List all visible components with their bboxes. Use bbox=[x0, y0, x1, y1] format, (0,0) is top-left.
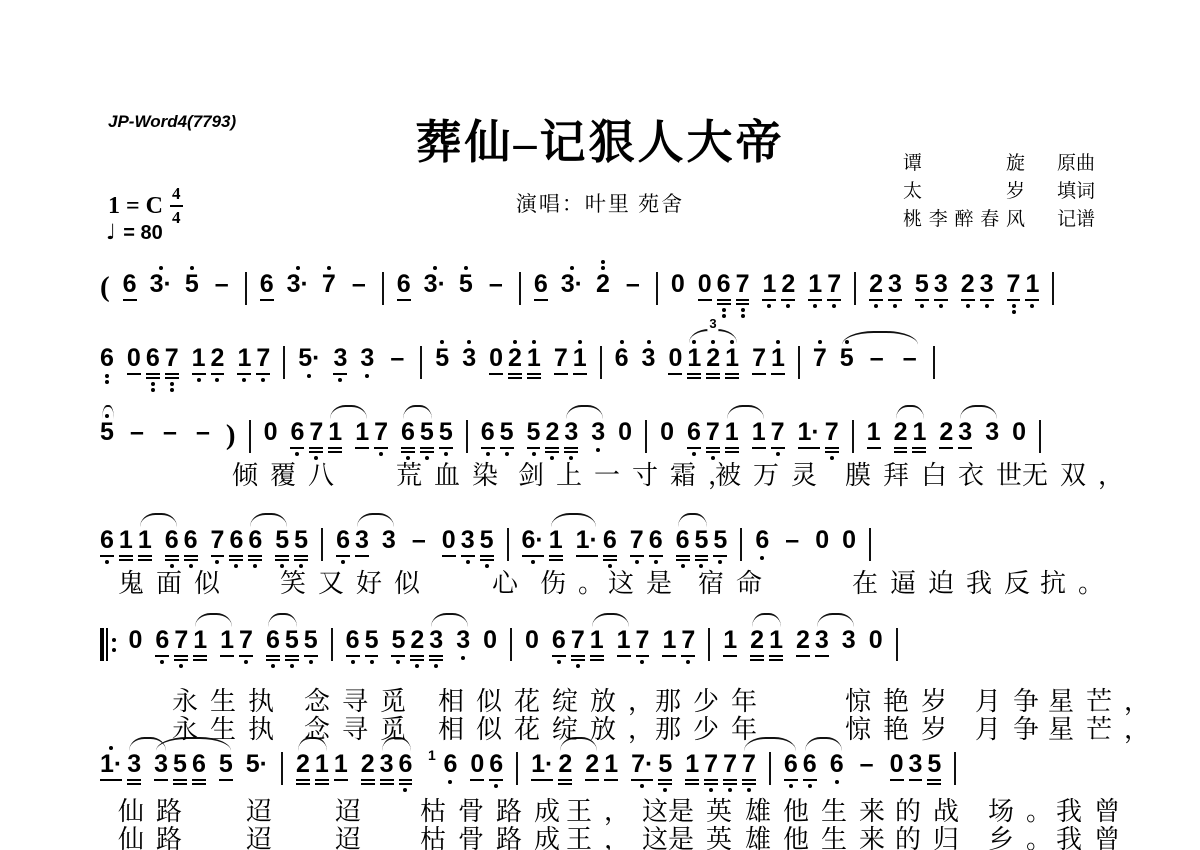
note-token: 6 bbox=[803, 752, 817, 788]
note-token: 1· bbox=[798, 420, 820, 449]
note-token: 1 bbox=[573, 346, 587, 375]
lyric-segment: 惊艳岁 bbox=[845, 716, 959, 745]
duration-dash: – bbox=[160, 420, 180, 445]
note-token: 5 bbox=[173, 752, 187, 785]
note-token: 0 bbox=[483, 628, 497, 653]
note-token: 3· bbox=[561, 272, 583, 297]
note-token: 7 bbox=[554, 346, 568, 375]
barline bbox=[656, 272, 658, 305]
note-token: 7 bbox=[256, 346, 270, 382]
barline bbox=[516, 752, 518, 785]
note-token: 0 bbox=[525, 628, 539, 653]
note-token: 6 bbox=[784, 752, 798, 788]
credit-name: 桃李醉春风 bbox=[903, 204, 1025, 231]
duration-dash: – bbox=[782, 528, 802, 553]
note-token: 7 bbox=[636, 628, 650, 664]
barline bbox=[510, 628, 512, 661]
credit-role: 填词 bbox=[1057, 176, 1095, 203]
barline bbox=[1039, 420, 1041, 453]
note-token: 6 bbox=[123, 272, 137, 301]
duration-dash: – bbox=[623, 272, 643, 297]
lyric-segment: 倾覆八 bbox=[232, 462, 346, 491]
note-token: 5 bbox=[219, 752, 233, 781]
duration-dash: – bbox=[409, 528, 429, 553]
note-token: 2 bbox=[781, 272, 795, 308]
note-token: 6 bbox=[603, 528, 617, 568]
barline bbox=[321, 528, 323, 561]
note-token: 2 bbox=[796, 628, 810, 657]
note-token: 0 bbox=[842, 528, 856, 553]
note-token: 2 bbox=[596, 272, 610, 297]
note-token: 6 bbox=[717, 272, 731, 318]
note-token: 6 bbox=[266, 628, 280, 668]
note-token: 7 bbox=[704, 752, 718, 792]
lyric-segment: 心 bbox=[492, 570, 530, 599]
note-token: 6 bbox=[615, 346, 629, 371]
duration-dash: – bbox=[212, 272, 232, 297]
note-token: 1 bbox=[549, 528, 563, 561]
note-token: 3 bbox=[564, 420, 578, 460]
lyric-segment: 在逼迫我反 bbox=[852, 570, 1042, 599]
note-token: 2 bbox=[869, 272, 883, 308]
score-line-4: 6116676655633–0356·11·6766556–00 bbox=[100, 528, 884, 568]
note-token: 3 bbox=[360, 346, 374, 378]
note-token: 7 bbox=[1007, 272, 1021, 314]
lyric-segment: 那少年 bbox=[655, 688, 769, 717]
meter-numerator: 4 bbox=[170, 184, 183, 207]
note-token: 1· bbox=[576, 528, 598, 557]
note-token: 1 bbox=[752, 420, 766, 449]
note-token: 5 bbox=[527, 420, 541, 456]
note-token: 7 bbox=[165, 346, 179, 392]
note-token: 1 bbox=[687, 346, 701, 379]
note-token: 1 bbox=[771, 346, 785, 375]
duration-dash: – bbox=[193, 420, 213, 445]
meter-denominator: 4 bbox=[172, 207, 181, 228]
credit-row: 桃李醉春风记谱 bbox=[903, 204, 1095, 231]
note-token: 1 bbox=[725, 420, 739, 453]
note-token: 2 bbox=[296, 752, 310, 785]
lyric-segment: 星芒， bbox=[1048, 688, 1162, 717]
barline bbox=[281, 752, 283, 785]
note-token: 3· bbox=[424, 272, 446, 297]
lyric-segment: 抗。 bbox=[1040, 570, 1116, 599]
note-token: 7 bbox=[174, 628, 188, 668]
tempo-marking: ♩ = 80 bbox=[106, 220, 163, 245]
lyric-segment: 永生执 bbox=[172, 716, 286, 745]
note-token: 1 bbox=[685, 752, 699, 785]
barline bbox=[708, 628, 710, 661]
note-token: 1 bbox=[193, 628, 207, 661]
note-token: 6 bbox=[481, 420, 495, 456]
note-token: 2 bbox=[508, 346, 522, 379]
lyric-segment: 笑又好似 bbox=[280, 570, 432, 599]
note-token: 0 bbox=[671, 272, 685, 297]
credit-role: 记谱 bbox=[1057, 204, 1095, 231]
note-token: 7 bbox=[571, 628, 585, 668]
note-token: 6 bbox=[100, 528, 114, 564]
note-token: 2 bbox=[410, 628, 424, 668]
quarter-note-icon: ♩ bbox=[106, 220, 116, 244]
note-token: 5 bbox=[915, 272, 929, 308]
slur-arc bbox=[805, 737, 842, 751]
time-signature: 4 4 bbox=[170, 184, 183, 228]
barline bbox=[283, 346, 285, 379]
barline bbox=[519, 272, 521, 305]
note-token: 1· bbox=[531, 752, 553, 781]
note-token: 3 bbox=[429, 628, 443, 668]
lyric-segment: 剑上一寸霜， bbox=[518, 462, 746, 491]
lyric-segment: 念寻觅 bbox=[304, 688, 418, 717]
note-token: 3 bbox=[958, 420, 972, 449]
slur-arc bbox=[960, 405, 997, 419]
note-token: 7 bbox=[752, 346, 766, 375]
note-token: 6 bbox=[165, 528, 179, 568]
note-token: 3· bbox=[287, 272, 309, 297]
note-token: 0 bbox=[470, 752, 484, 781]
note-token: 2 bbox=[894, 420, 908, 453]
slur-arc bbox=[357, 513, 394, 527]
credit-role: 原曲 bbox=[1057, 148, 1095, 175]
slur-arc bbox=[727, 405, 764, 419]
score-line-1: (63·5–63·7–63·5–63·2–0067121723532371 bbox=[100, 272, 1067, 318]
triplet-bracket: 3 bbox=[689, 329, 737, 343]
note-token: 7 bbox=[681, 628, 695, 664]
slur-arc bbox=[403, 405, 432, 419]
note-token: 1 bbox=[723, 628, 737, 657]
key-label: 1 = C bbox=[108, 193, 163, 220]
note-token: 7 bbox=[211, 528, 225, 564]
lyric-segment: 王，这 bbox=[566, 826, 680, 850]
note-token: 5 bbox=[185, 272, 199, 297]
note-token: 1 bbox=[1025, 272, 1039, 308]
lyric-segment: 荒血染 bbox=[396, 462, 510, 491]
note-token: 5 bbox=[927, 752, 941, 785]
lyric-segment: 这是 bbox=[608, 570, 684, 599]
note-token: 3 bbox=[888, 272, 902, 308]
note-token: 5· bbox=[298, 346, 320, 378]
note-token: 6 bbox=[755, 528, 769, 560]
lyric-segment: 月争 bbox=[975, 716, 1051, 745]
note-token: 5 bbox=[294, 528, 308, 568]
slur-arc bbox=[330, 405, 367, 419]
note-token: 1 bbox=[119, 528, 133, 561]
lyric-segment: 相似花绽放， bbox=[438, 716, 666, 745]
sheet-music-page: JP-Word4(7793) 葬仙–记狠人大帝 演唱：叶里 苑舍 1 = C 4… bbox=[0, 0, 1200, 850]
note-token: 1 bbox=[237, 346, 251, 382]
note-token: 5 bbox=[391, 628, 405, 664]
barline bbox=[933, 346, 935, 379]
note-token: 6 bbox=[184, 528, 198, 568]
lyric-segment: 迢 bbox=[246, 826, 284, 850]
note-token: 5 bbox=[480, 528, 494, 568]
note-token: 2 bbox=[585, 752, 599, 781]
note-token: 1 bbox=[769, 628, 783, 661]
note-token: 5 bbox=[285, 628, 299, 668]
lyric-segment: 膜拜白 bbox=[845, 462, 959, 491]
lyric-segment: 的战 bbox=[895, 798, 971, 827]
note-token: 0 bbox=[442, 528, 456, 557]
note-token: 5 bbox=[304, 628, 318, 664]
lyric-segment: 星芒， bbox=[1048, 716, 1162, 745]
note-token: 0 bbox=[660, 420, 674, 445]
note-token: 2 bbox=[706, 346, 720, 379]
note-token: 7 bbox=[309, 420, 323, 460]
lyric-segment: 是英 bbox=[668, 798, 744, 827]
note-token: 6 bbox=[687, 420, 701, 456]
lyric-segment: 相似花绽放， bbox=[438, 688, 666, 717]
note-token: 3 bbox=[909, 752, 923, 781]
note-token: 0 bbox=[815, 528, 829, 553]
duration-dash: – bbox=[387, 346, 407, 371]
note-token: 0 bbox=[698, 272, 712, 301]
note-token: 0 bbox=[618, 420, 632, 445]
note-token: 7 bbox=[322, 272, 336, 297]
slur-arc bbox=[431, 613, 468, 627]
note-token: 5 bbox=[713, 528, 727, 564]
note-token: 6 bbox=[552, 628, 566, 664]
note-token: 5 bbox=[840, 346, 854, 371]
note-token: 1 bbox=[425, 748, 438, 762]
note-token: 6 bbox=[260, 272, 274, 301]
note-token: 1 bbox=[617, 628, 631, 657]
slur-arc bbox=[268, 613, 297, 627]
lyric-segment: 永生执 bbox=[172, 688, 286, 717]
note-token: 2 bbox=[361, 752, 375, 785]
score-line-5: 0671176556552330067117171212330 bbox=[100, 628, 911, 668]
barline bbox=[740, 528, 742, 561]
note-token: 5 bbox=[439, 420, 453, 456]
note-token: 2 bbox=[211, 346, 225, 382]
note-token: 3 bbox=[642, 346, 656, 371]
note-token: 5 bbox=[500, 420, 514, 456]
lyric-segment: 我曾 bbox=[1056, 826, 1132, 850]
slur-arc bbox=[195, 613, 232, 627]
credit-row: 谭旋原曲 bbox=[903, 148, 1095, 175]
note-token: 7 bbox=[742, 752, 756, 792]
note-token: 2 bbox=[939, 420, 953, 449]
lyric-segment: 乡。 bbox=[988, 826, 1064, 850]
note-token: 3 bbox=[591, 420, 605, 452]
note-token: 6 bbox=[649, 528, 663, 564]
note-token: 7 bbox=[825, 420, 839, 460]
note-token: 3 bbox=[815, 628, 829, 657]
duration-dash: – bbox=[486, 272, 506, 297]
note-token: 1 bbox=[867, 420, 881, 449]
note-token: 6 bbox=[676, 528, 690, 568]
lyric-segment: 枯骨路成 bbox=[420, 826, 572, 850]
note-token: 2 bbox=[961, 272, 975, 308]
note-token: 6 bbox=[336, 528, 350, 564]
barline bbox=[420, 346, 422, 379]
note-token: 5 bbox=[275, 528, 289, 568]
lyric-segment: 迢 bbox=[335, 826, 373, 850]
barline bbox=[869, 528, 871, 561]
note-token: 6 bbox=[155, 628, 169, 664]
note-token: 6 bbox=[397, 272, 411, 301]
note-token: 1 bbox=[315, 752, 329, 785]
note-token: 3 bbox=[127, 752, 141, 785]
note-token: 5 bbox=[459, 272, 473, 297]
lyric-segment: 被万灵 bbox=[715, 462, 829, 491]
slur-arc bbox=[678, 513, 707, 527]
note-token: 7 bbox=[736, 272, 750, 318]
barline bbox=[954, 752, 956, 785]
note-token: 6 bbox=[229, 528, 243, 568]
note-token: 7 bbox=[706, 420, 720, 460]
lyric-segment: 枯骨路成 bbox=[420, 798, 572, 827]
note-token: 3 bbox=[333, 346, 347, 382]
barline bbox=[852, 420, 854, 453]
slur-arc bbox=[842, 331, 918, 345]
score-line-2: 606712175·33–53021716301217175––3 bbox=[100, 346, 948, 392]
note-token: 1 bbox=[762, 272, 776, 308]
note-token: 3 bbox=[934, 272, 948, 308]
note-token: 7 bbox=[813, 346, 827, 371]
note-token: 6· bbox=[522, 528, 544, 564]
barline bbox=[600, 346, 602, 379]
barline bbox=[1052, 272, 1054, 305]
lyric-segment: 我曾 bbox=[1056, 798, 1132, 827]
note-token: 3 bbox=[380, 752, 394, 785]
parenthesis: ) bbox=[226, 420, 236, 452]
note-token: 3 bbox=[985, 420, 999, 445]
note-token: 6 bbox=[100, 346, 114, 384]
barline bbox=[896, 628, 898, 661]
lyric-segment: 伤。 bbox=[540, 570, 616, 599]
note-token: 1 bbox=[527, 346, 541, 379]
parenthesis: ( bbox=[100, 272, 110, 304]
note-token: 5 bbox=[100, 420, 114, 445]
note-token: 1· bbox=[100, 752, 122, 781]
note-token: 6 bbox=[346, 628, 360, 664]
note-token: 5· bbox=[246, 752, 268, 777]
lyric-segment: 迢 bbox=[246, 798, 284, 827]
note-token: 5 bbox=[420, 420, 434, 460]
note-token: 2 bbox=[750, 628, 764, 661]
duration-dash: – bbox=[857, 752, 877, 777]
note-token: 6 bbox=[401, 420, 415, 460]
note-token: 3 bbox=[382, 528, 396, 553]
note-token: 6 bbox=[146, 346, 160, 392]
note-token: 0 bbox=[869, 628, 883, 653]
note-token: 3 bbox=[456, 628, 470, 660]
barline bbox=[854, 272, 856, 305]
note-token: 3 bbox=[980, 272, 994, 308]
lyric-segment: 雄他生来 bbox=[745, 798, 897, 827]
note-token: 1 bbox=[138, 528, 152, 561]
note-token: 1 bbox=[725, 346, 739, 379]
slur-arc bbox=[566, 405, 603, 419]
lyric-segment: 仙路 bbox=[118, 798, 194, 827]
note-token: 7· bbox=[631, 752, 653, 788]
note-token: 6 bbox=[192, 752, 206, 785]
slur-arc bbox=[592, 613, 629, 627]
lyric-segment: 仙路 bbox=[118, 826, 194, 850]
lyric-segment: 惊艳岁 bbox=[845, 688, 959, 717]
note-token: 0 bbox=[129, 628, 143, 653]
lyric-segment: 宿命 bbox=[698, 570, 774, 599]
lyric-segment: 那少年 bbox=[655, 716, 769, 745]
note-token: 5 bbox=[365, 628, 379, 664]
note-token: 3 bbox=[355, 528, 369, 557]
note-token: 0 bbox=[264, 420, 278, 445]
lyric-segment: 雄他生来 bbox=[745, 826, 897, 850]
slur-arc bbox=[896, 405, 924, 419]
note-token: 3 bbox=[154, 752, 168, 781]
note-token: 0 bbox=[668, 346, 682, 375]
barline bbox=[769, 752, 771, 785]
note-token: 6 bbox=[290, 420, 304, 456]
note-token: 3 bbox=[462, 346, 476, 371]
note-token: 2 bbox=[558, 752, 572, 785]
lyric-segment: 场。 bbox=[988, 798, 1064, 827]
tempo-value: = 80 bbox=[123, 222, 162, 244]
score-line-3: 5–––)06711765565523300671171·71212330 bbox=[100, 420, 1054, 460]
note-token: 1 bbox=[192, 346, 206, 382]
barline bbox=[331, 628, 333, 661]
lyric-segment: 王，这 bbox=[566, 798, 680, 827]
barline bbox=[245, 272, 247, 305]
note-token: 0 bbox=[1012, 420, 1026, 445]
note-token: 1 bbox=[355, 420, 369, 449]
note-token: 6 bbox=[248, 528, 262, 568]
credit-name: 太岁 bbox=[903, 176, 1025, 203]
barline bbox=[249, 420, 251, 453]
note-token: 6 bbox=[534, 272, 548, 301]
note-token: 7 bbox=[827, 272, 841, 308]
barline bbox=[645, 420, 647, 453]
note-token: 7 bbox=[723, 752, 737, 792]
slur-arc bbox=[752, 613, 781, 627]
lyric-segment: 无双， bbox=[1022, 462, 1136, 491]
slur-arc bbox=[140, 513, 177, 527]
note-token: 6 bbox=[489, 752, 503, 788]
note-token: 0 bbox=[127, 346, 141, 375]
barline bbox=[798, 346, 800, 379]
score-line-6: 1·335655·21123616061·2217·51777666–035 bbox=[100, 752, 969, 792]
slur-arc bbox=[551, 513, 596, 527]
note-token: 7 bbox=[771, 420, 785, 456]
note-token: 7 bbox=[374, 420, 388, 456]
note-token: 0 bbox=[489, 346, 503, 375]
slur-arc bbox=[102, 405, 114, 419]
note-token: 1 bbox=[328, 420, 342, 453]
lyric-segment: 鬼面似 bbox=[118, 570, 232, 599]
duration-dash: – bbox=[349, 272, 369, 297]
note-token: 3· bbox=[150, 272, 172, 297]
duration-dash: – bbox=[867, 346, 887, 371]
note-token: 2 bbox=[545, 420, 559, 460]
note-token: 3 bbox=[461, 528, 475, 564]
lyric-segment: 迢 bbox=[335, 798, 373, 827]
duration-dash: – bbox=[900, 346, 920, 371]
note-token: 1 bbox=[604, 752, 618, 781]
lyric-segment: 的归 bbox=[895, 826, 971, 850]
note-token: 1 bbox=[334, 752, 348, 781]
note-token: 0 bbox=[890, 752, 904, 781]
note-token: 6 bbox=[399, 752, 413, 792]
duration-dash: – bbox=[127, 420, 147, 445]
lyric-segment: 月争 bbox=[975, 688, 1051, 717]
note-token: 6 bbox=[830, 752, 844, 784]
note-token: 1 bbox=[590, 628, 604, 661]
note-token: 7 bbox=[239, 628, 253, 664]
note-token: 1 bbox=[808, 272, 822, 308]
note-token: 1 bbox=[912, 420, 926, 453]
note-token: 1 bbox=[220, 628, 234, 657]
lyric-segment: 念寻觅 bbox=[304, 716, 418, 745]
